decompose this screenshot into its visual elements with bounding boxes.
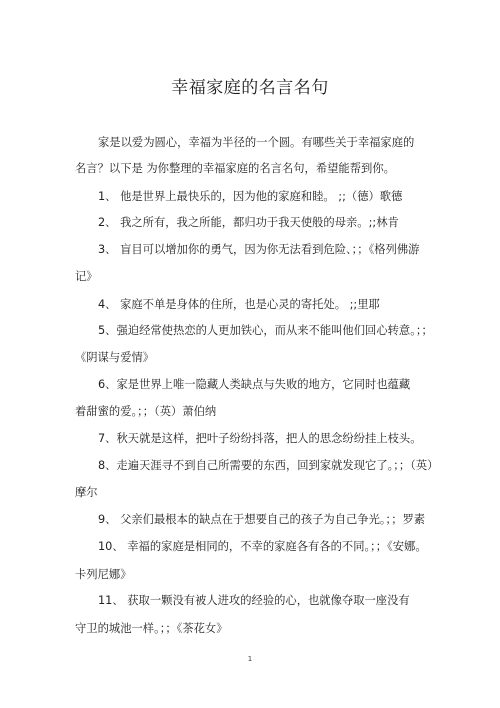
quote-10-line-1: 10、 幸福的家庭是相同的，不幸的家庭各有各的不同。；；《安娜。 <box>98 539 427 555</box>
quote-11-line-1: 11、 获取一颗没有被人进攻的经验的心，也就像夺取一座没有 <box>98 593 410 609</box>
intro-line-1: 家是以爱为圆心，幸福为半径的一个圆。有哪些关于幸福家庭的 <box>98 135 414 151</box>
quote-1: 1、 他是世界上最快乐的，因为他的家庭和睦。 ;;（德）歌德 <box>98 189 402 205</box>
quote-2: 2、 我之所有，我之所能，都归功于我天使般的母亲。;;林肯 <box>98 215 399 231</box>
quote-11-line-2: 守卫的城池一样。；；《茶花女》 <box>75 621 228 637</box>
quote-3-line-1: 3、 盲目可以增加你的勇气，因为你无法看到危险、；；《格列佛游 <box>98 242 419 258</box>
quote-7: 7、秋天就是这样，把叶子纷纷抖落，把人的思念纷纷挂上枝头。 <box>98 431 422 447</box>
quote-4: 4、 家庭不单是身体的住所，也是心灵的寄托处。 ;;里耶 <box>98 297 380 313</box>
intro-line-2: 名言？以下是 为你整理的幸福家庭的名言名句，希望能帮到你。 <box>75 161 395 177</box>
quote-8-line-1: 8、走遍天涯寻不到自己所需要的东西，回到家就发现它了。；；（英） <box>98 458 438 474</box>
quote-10-line-2: 卡列尼娜》 <box>75 567 132 583</box>
document-title: 幸福家庭的名言名句 <box>0 76 500 100</box>
quote-6-line-1: 6、家是世界上唯一隐藏人类缺点与失败的地方，它同时也蕴藏 <box>98 377 410 393</box>
document-page: 幸福家庭的名言名句 家是以爱为圆心，幸福为半径的一个圆。有哪些关于幸福家庭的 名… <box>0 0 500 708</box>
quote-5-line-1: 5、强迫经常使热恋的人更加铁心，而从来不能叫他们回心转意。；； <box>98 323 433 339</box>
quote-5-line-2: 《阴谋与爱情》 <box>75 350 154 366</box>
quote-3-line-2: 记》 <box>75 269 98 285</box>
page-number: 1 <box>0 654 500 664</box>
quote-8-line-2: 摩尔 <box>75 485 98 501</box>
quote-9: 9、 父亲们最根本的缺点在于想要自己的孩子为自己争光。；；罗素 <box>98 512 425 528</box>
quote-6-line-2: 着甜蜜的爱。；；（英）萧伯纳 <box>75 404 216 420</box>
